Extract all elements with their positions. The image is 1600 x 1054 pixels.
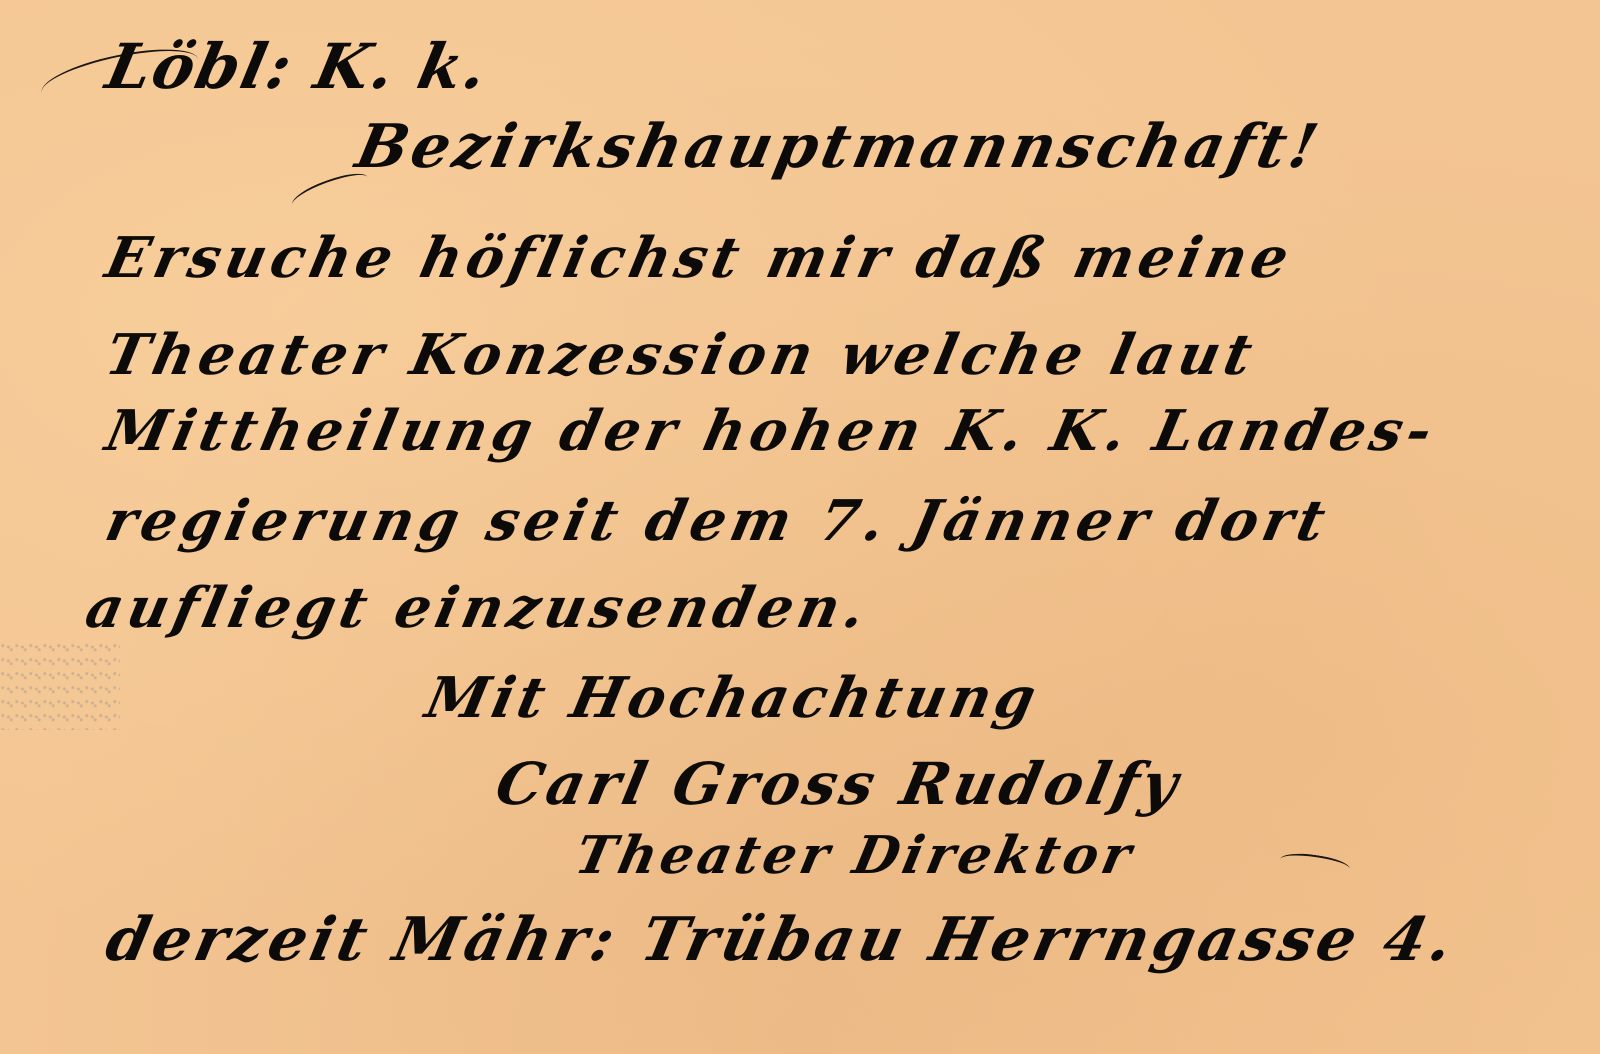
body-line-3: Mittheilung der hohen K. K. Landes- [100,398,1443,464]
body-line-4: regierung seit dem 7. Jänner dort [100,488,1336,554]
faded-stamp-mark [0,640,120,730]
postcard: Löbl: K. k. Bezirkshauptmannschaft! Ersu… [0,0,1600,1054]
sender-address: derzeit Mähr: Trübau Herrngasse 4. [100,905,1462,975]
signature-title: Theater Direktor [570,825,1140,886]
addressee: Bezirkshauptmannschaft! [350,112,1328,182]
closing: Mit Hochachtung [420,665,1045,731]
salutation: Löbl: K. k. [100,30,495,103]
body-line-5: aufliegt einzusenden. [80,575,876,641]
signature-flourish [1279,850,1351,878]
body-line-2: Theater Konzession welche laut [100,322,1263,388]
signature-name: Carl Gross Rudolfy [490,750,1188,818]
body-line-1: Ersuche höflichst mir daß meine [100,225,1299,291]
